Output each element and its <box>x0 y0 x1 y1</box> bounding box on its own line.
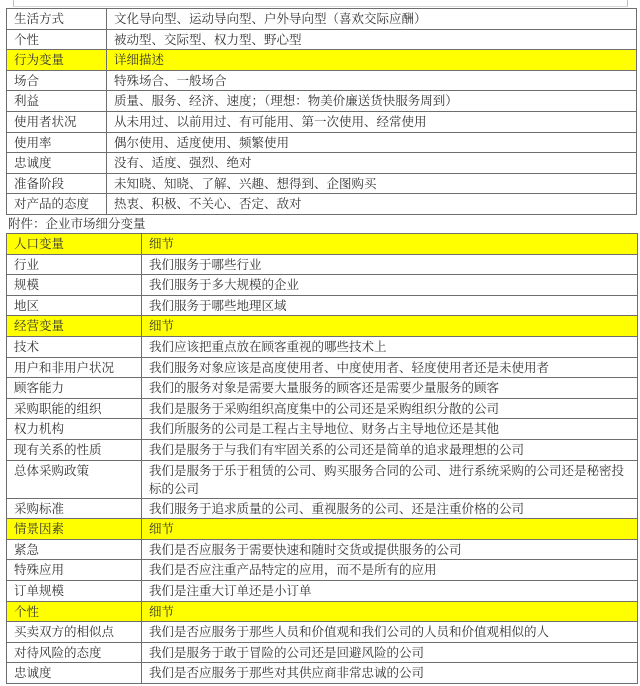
appendix-caption: 附件：企业市场细分变量 <box>8 214 146 233</box>
row-value: 我们是服务于与我们有牢固关系的公司还是简单的追求最理想的公司 <box>142 439 638 460</box>
section-value: 详细描述 <box>107 50 637 71</box>
row-label: 现有关系的性质 <box>7 439 142 460</box>
table-row: 规模 我们服务于多大规模的企业 <box>7 275 638 296</box>
row-value: 偶尔使用、适度使用、频繁使用 <box>107 132 637 153</box>
row-value: 文化导向型、运动导向型、户外导向型（喜欢交际应酬） <box>107 9 637 30</box>
section-header-row: 个性 细节 <box>7 601 638 622</box>
table-row: 技术 我们应该把重点放在顾客重视的哪些技术上 <box>7 336 638 357</box>
row-label: 规模 <box>7 275 142 296</box>
row-value: 被动型、交际型、权力型、野心型 <box>107 29 637 50</box>
row-label: 技术 <box>7 336 142 357</box>
row-label: 场合 <box>7 70 107 91</box>
section-value: 细节 <box>142 519 638 540</box>
table-row: 紧急 我们是否应服务于需要快速和随时交货或提供服务的公司 <box>7 539 638 560</box>
row-label: 利益 <box>7 91 107 112</box>
table-row: 采购职能的组织 我们是服务于采购组织高度集中的公司还是采购组织分散的公司 <box>7 398 638 419</box>
row-label: 总体采购政策 <box>7 460 142 498</box>
row-value: 质量、服务、经济、速度；（理想：物美价廉送货快服务周到） <box>107 91 637 112</box>
table-row: 使用率 偶尔使用、适度使用、频繁使用 <box>7 132 637 153</box>
row-label: 权力机构 <box>7 419 142 440</box>
row-value: 我们是服务于采购组织高度集中的公司还是采购组织分散的公司 <box>142 398 638 419</box>
section-label: 行为变量 <box>7 50 107 71</box>
section-label: 经营变量 <box>7 316 142 337</box>
row-value: 我们是服务于乐于租赁的公司、购买服务合同的公司、进行系统采购的公司还是秘密投标的… <box>142 460 638 498</box>
table-row: 地区 我们服务于哪些地理区域 <box>7 295 638 316</box>
row-label: 顾客能力 <box>7 378 142 399</box>
table-row: 订单规模 我们是注重大订单还是小订单 <box>7 580 638 601</box>
row-value: 我们服务于哪些行业 <box>142 254 638 275</box>
table-row: 现有关系的性质 我们是服务于与我们有牢固关系的公司还是简单的追求最理想的公司 <box>7 439 638 460</box>
table-row: 买卖双方的相似点 我们是否应服务于那些人员和价值观和我们公司的人员和价值观相似的… <box>7 622 638 643</box>
section-value: 细节 <box>142 316 638 337</box>
previous-page-frame <box>13 0 628 7</box>
section-header-row: 情景因素 细节 <box>7 519 638 540</box>
row-value: 没有、适度、强烈、绝对 <box>107 153 637 174</box>
table-row: 利益 质量、服务、经济、速度；（理想：物美价廉送货快服务周到） <box>7 91 637 112</box>
row-label: 订单规模 <box>7 580 142 601</box>
row-label: 忠诚度 <box>7 153 107 174</box>
table-row: 权力机构 我们所服务的公司是工程占主导地位、财务占主导地位还是其他 <box>7 419 638 440</box>
row-label: 特殊应用 <box>7 560 142 581</box>
row-label: 忠诚度 <box>7 663 142 684</box>
row-label: 行业 <box>7 254 142 275</box>
table-row: 忠诚度 我们是否应服务于那些对其供应商非常忠诚的公司 <box>7 663 638 684</box>
section-label: 情景因素 <box>7 519 142 540</box>
table-row: 用户和非用户状况 我们服务对象应该是高度使用者、中度使用者、轻度使用者还是未使用… <box>7 357 638 378</box>
row-label: 采购职能的组织 <box>7 398 142 419</box>
table-row: 总体采购政策 我们是服务于乐于租赁的公司、购买服务合同的公司、进行系统采购的公司… <box>7 460 638 498</box>
table-row: 特殊应用 我们是否应注重产品特定的应用，而不是所有的应用 <box>7 560 638 581</box>
row-value: 我们是否应注重产品特定的应用，而不是所有的应用 <box>142 560 638 581</box>
row-value: 我们服务于多大规模的企业 <box>142 275 638 296</box>
section-label: 人口变量 <box>7 234 142 255</box>
table-row: 顾客能力 我们的服务对象是需要大量服务的顾客还是需要少量服务的顾客 <box>7 378 638 399</box>
row-label: 生活方式 <box>7 9 107 30</box>
section-value: 细节 <box>142 601 638 622</box>
section-value: 细节 <box>142 234 638 255</box>
row-label: 买卖双方的相似点 <box>7 622 142 643</box>
row-value: 我们的服务对象是需要大量服务的顾客还是需要少量服务的顾客 <box>142 378 638 399</box>
row-value: 我们是服务于敢于冒险的公司还是回避风险的公司 <box>142 642 638 663</box>
row-value: 我们是否应服务于那些人员和价值观和我们公司的人员和价值观相似的人 <box>142 622 638 643</box>
table-row: 生活方式 文化导向型、运动导向型、户外导向型（喜欢交际应酬） <box>7 9 637 30</box>
row-label: 个性 <box>7 29 107 50</box>
table-row: 对产品的态度 热衷、积极、不关心、否定、敌对 <box>7 194 637 215</box>
section-header-row: 人口变量 细节 <box>7 234 638 255</box>
row-label: 对待风险的态度 <box>7 642 142 663</box>
row-label: 用户和非用户状况 <box>7 357 142 378</box>
row-label: 准备阶段 <box>7 173 107 194</box>
row-value: 特殊场合、一般场合 <box>107 70 637 91</box>
row-label: 使用率 <box>7 132 107 153</box>
business-segmentation-table: 人口变量 细节 行业 我们服务于哪些行业 规模 我们服务于多大规模的企业 地区 … <box>6 233 638 684</box>
row-value: 我们是注重大订单还是小订单 <box>142 580 638 601</box>
row-value: 我们是否应服务于那些对其供应商非常忠诚的公司 <box>142 663 638 684</box>
consumer-segmentation-table: 生活方式 文化导向型、运动导向型、户外导向型（喜欢交际应酬） 个性 被动型、交际… <box>6 8 637 215</box>
row-value: 热衷、积极、不关心、否定、敌对 <box>107 194 637 215</box>
row-value: 我们应该把重点放在顾客重视的哪些技术上 <box>142 336 638 357</box>
section-label: 个性 <box>7 601 142 622</box>
section-header-row: 经营变量 细节 <box>7 316 638 337</box>
table-row: 忠诚度 没有、适度、强烈、绝对 <box>7 153 637 174</box>
row-value: 我们所服务的公司是工程占主导地位、财务占主导地位还是其他 <box>142 419 638 440</box>
table-row: 对待风险的态度 我们是服务于敢于冒险的公司还是回避风险的公司 <box>7 642 638 663</box>
row-value: 从未用过、以前用过、有可能用、第一次使用、经常使用 <box>107 111 637 132</box>
table-row: 个性 被动型、交际型、权力型、野心型 <box>7 29 637 50</box>
section-header-row: 行为变量 详细描述 <box>7 50 637 71</box>
row-value: 我们是否应服务于需要快速和随时交货或提供服务的公司 <box>142 539 638 560</box>
row-label: 紧急 <box>7 539 142 560</box>
row-label: 对产品的态度 <box>7 194 107 215</box>
row-label: 使用者状况 <box>7 111 107 132</box>
row-label: 采购标准 <box>7 498 142 519</box>
table-row: 准备阶段 未知晓、知晓、了解、兴趣、想得到、企图购买 <box>7 173 637 194</box>
table-row: 行业 我们服务于哪些行业 <box>7 254 638 275</box>
row-value: 我们服务于哪些地理区域 <box>142 295 638 316</box>
row-label: 地区 <box>7 295 142 316</box>
row-value: 我们服务于追求质量的公司、重视服务的公司、还是注重价格的公司 <box>142 498 638 519</box>
row-value: 未知晓、知晓、了解、兴趣、想得到、企图购买 <box>107 173 637 194</box>
table-row: 采购标准 我们服务于追求质量的公司、重视服务的公司、还是注重价格的公司 <box>7 498 638 519</box>
row-value: 我们服务对象应该是高度使用者、中度使用者、轻度使用者还是未使用者 <box>142 357 638 378</box>
table-row: 使用者状况 从未用过、以前用过、有可能用、第一次使用、经常使用 <box>7 111 637 132</box>
table-row: 场合 特殊场合、一般场合 <box>7 70 637 91</box>
